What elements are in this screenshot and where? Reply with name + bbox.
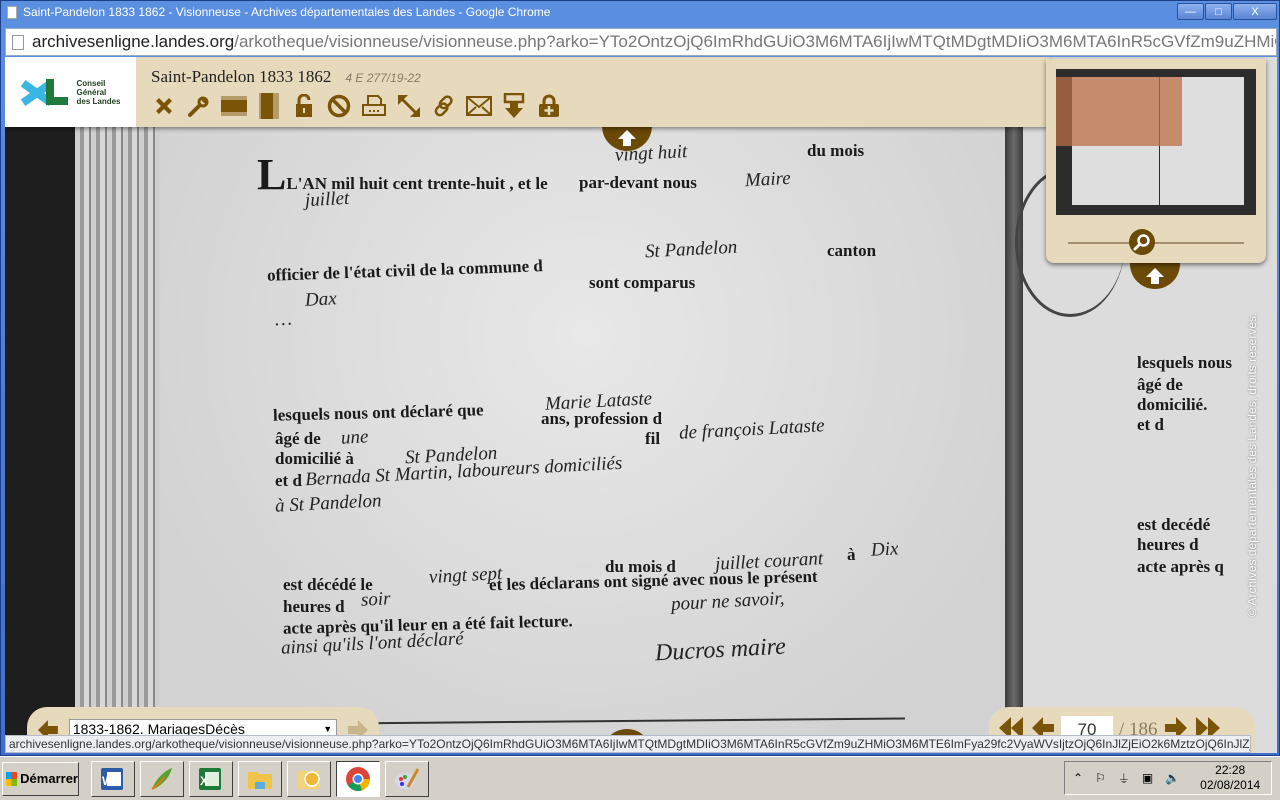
close-icon[interactable] xyxy=(151,93,177,119)
wrench-icon[interactable] xyxy=(186,93,212,119)
handwritten-text: soir xyxy=(360,588,391,612)
excel-icon: X xyxy=(197,765,225,793)
paint-icon xyxy=(393,765,421,793)
outlook-icon xyxy=(295,765,323,793)
taskbar-app-outlook[interactable] xyxy=(287,761,331,797)
arrow-up-icon xyxy=(1145,267,1165,285)
volume-icon[interactable]: 🔈 xyxy=(1165,771,1180,785)
system-tray: ⌃ ⚐ ⏚ ▣ 🔈 22:28 02/08/2014 xyxy=(1064,761,1272,795)
windows-logo-icon xyxy=(6,772,17,786)
doc-line: acte après q xyxy=(1137,557,1224,577)
fit-width-icon[interactable] xyxy=(221,93,247,119)
dropdown-arrow-icon: ▼ xyxy=(323,724,336,734)
link-icon[interactable] xyxy=(431,93,457,119)
zoom-slider[interactable] xyxy=(1068,242,1244,244)
svg-text:W: W xyxy=(102,774,114,788)
print-icon[interactable] xyxy=(361,93,387,119)
doc-line: et d xyxy=(1137,415,1164,435)
doc-line: domicilié à xyxy=(275,449,354,469)
handwritten-text: Maire xyxy=(744,168,791,192)
handwritten-text: … xyxy=(274,309,292,332)
show-hidden-icons[interactable]: ⌃ xyxy=(1073,771,1083,785)
unlock-icon[interactable] xyxy=(291,93,317,119)
minimize-button[interactable]: — xyxy=(1177,3,1204,20)
doc-line: est décédé le xyxy=(283,575,373,595)
fit-height-icon[interactable] xyxy=(256,93,282,119)
magnifier-icon[interactable] xyxy=(1129,229,1155,255)
taskbar-app-feather[interactable] xyxy=(140,761,184,797)
taskbar-app-explorer[interactable] xyxy=(238,761,282,797)
browser-window: Saint-Pandelon 1833 1862 - Visionneuse -… xyxy=(0,0,1280,756)
chrome-icon xyxy=(344,765,372,793)
taskbar-app-excel[interactable]: X xyxy=(189,761,233,797)
conseil-general-logo[interactable]: Conseil Général des Landes xyxy=(5,57,136,127)
page-icon xyxy=(12,35,24,50)
handwritten-text: Dix xyxy=(870,538,899,561)
clock-time: 22:28 xyxy=(1200,763,1260,778)
add-basket-icon[interactable] xyxy=(536,93,562,119)
mail-icon[interactable] xyxy=(466,93,492,119)
doc-line: et d xyxy=(275,471,302,491)
word-icon: W xyxy=(99,765,127,793)
logo-line: des Landes xyxy=(76,97,120,106)
flag-icon[interactable]: ⚐ xyxy=(1095,771,1106,785)
maximize-button[interactable]: □ xyxy=(1205,3,1232,20)
handwritten-text: une xyxy=(340,426,369,449)
logo-line: Conseil xyxy=(76,79,120,88)
doc-line: âgé de xyxy=(1137,375,1183,395)
logo-line: Général xyxy=(76,88,120,97)
doc-line: heures d xyxy=(1137,535,1199,555)
document-title: Saint-Pandelon 1833 1862 xyxy=(151,67,331,87)
doc-line: canton xyxy=(827,241,876,261)
doc-line: domicilié. xyxy=(1137,395,1207,415)
toolbar xyxy=(151,93,562,119)
network-icon[interactable]: ▣ xyxy=(1142,771,1153,785)
minimap-panel xyxy=(1046,59,1266,263)
forbidden-icon[interactable] xyxy=(326,93,352,119)
xl-logo-icon xyxy=(20,77,72,107)
start-button[interactable]: Démarrer xyxy=(2,762,79,796)
doc-line: par-devant nous xyxy=(579,173,697,193)
taskbar-app-word[interactable]: W xyxy=(91,761,135,797)
taskbar: Démarrer W X ⌃ ⚐ ⏚ ▣ 🔈 22:28 02/08/2014 xyxy=(0,756,1280,800)
feather-icon xyxy=(148,765,176,793)
download-icon[interactable] xyxy=(501,93,527,119)
title-bar: Saint-Pandelon 1833 1862 - Visionneuse -… xyxy=(1,1,1280,23)
doc-line: du mois xyxy=(807,141,864,161)
doc-line: à xyxy=(847,545,856,565)
window-title: Saint-Pandelon 1833 1862 - Visionneuse -… xyxy=(23,5,550,19)
taskbar-app-paint[interactable] xyxy=(385,761,429,797)
viewer-header: Conseil Général des Landes Saint-Pandelo… xyxy=(5,57,1050,127)
svg-text:X: X xyxy=(200,774,208,788)
doc-line: est decédé xyxy=(1137,515,1210,535)
fullscreen-icon[interactable] xyxy=(396,93,422,119)
arrow-up-icon xyxy=(617,129,637,147)
clock[interactable]: 22:28 02/08/2014 xyxy=(1200,763,1260,793)
doc-line: LL'AN mil huit cent trente-huit , et le xyxy=(257,149,548,200)
copyright-watermark: © Archives départementales des Landes, d… xyxy=(1245,313,1259,617)
url-host: archivesenligne.landes.org xyxy=(32,32,234,52)
close-window-button[interactable]: X xyxy=(1233,3,1277,20)
taskbar-app-chrome[interactable] xyxy=(336,761,380,797)
minimap-viewport[interactable] xyxy=(1056,77,1182,146)
doc-line: sont comparus xyxy=(589,273,695,293)
handwritten-text: juillet xyxy=(304,188,349,212)
folder-icon xyxy=(246,765,274,793)
doc-line: âgé de xyxy=(275,429,321,449)
url-path: /arkotheque/visionneuse/visionneuse.php?… xyxy=(234,32,1277,52)
start-label: Démarrer xyxy=(20,771,78,786)
handwritten-text: vingt sept xyxy=(428,563,502,589)
link-status-bubble: archivesenligne.landes.org/arkotheque/vi… xyxy=(5,735,1251,753)
doc-line: fil xyxy=(645,429,660,449)
image-viewer[interactable]: LL'AN mil huit cent trente-huit , et le … xyxy=(5,57,1277,753)
address-bar[interactable]: archivesenligne.landes.org/arkotheque/vi… xyxy=(5,28,1277,56)
power-plug-icon[interactable]: ⏚ xyxy=(1118,770,1130,787)
document-cote: 4 E 277/19-22 xyxy=(345,71,420,85)
handwritten-text: Dax xyxy=(304,288,337,312)
doc-line: heures d xyxy=(283,597,345,617)
clock-date: 02/08/2014 xyxy=(1200,778,1260,793)
document-icon xyxy=(7,6,17,19)
doc-line: lesquels nous xyxy=(1137,353,1232,373)
minimap-thumbnail[interactable] xyxy=(1056,69,1256,215)
